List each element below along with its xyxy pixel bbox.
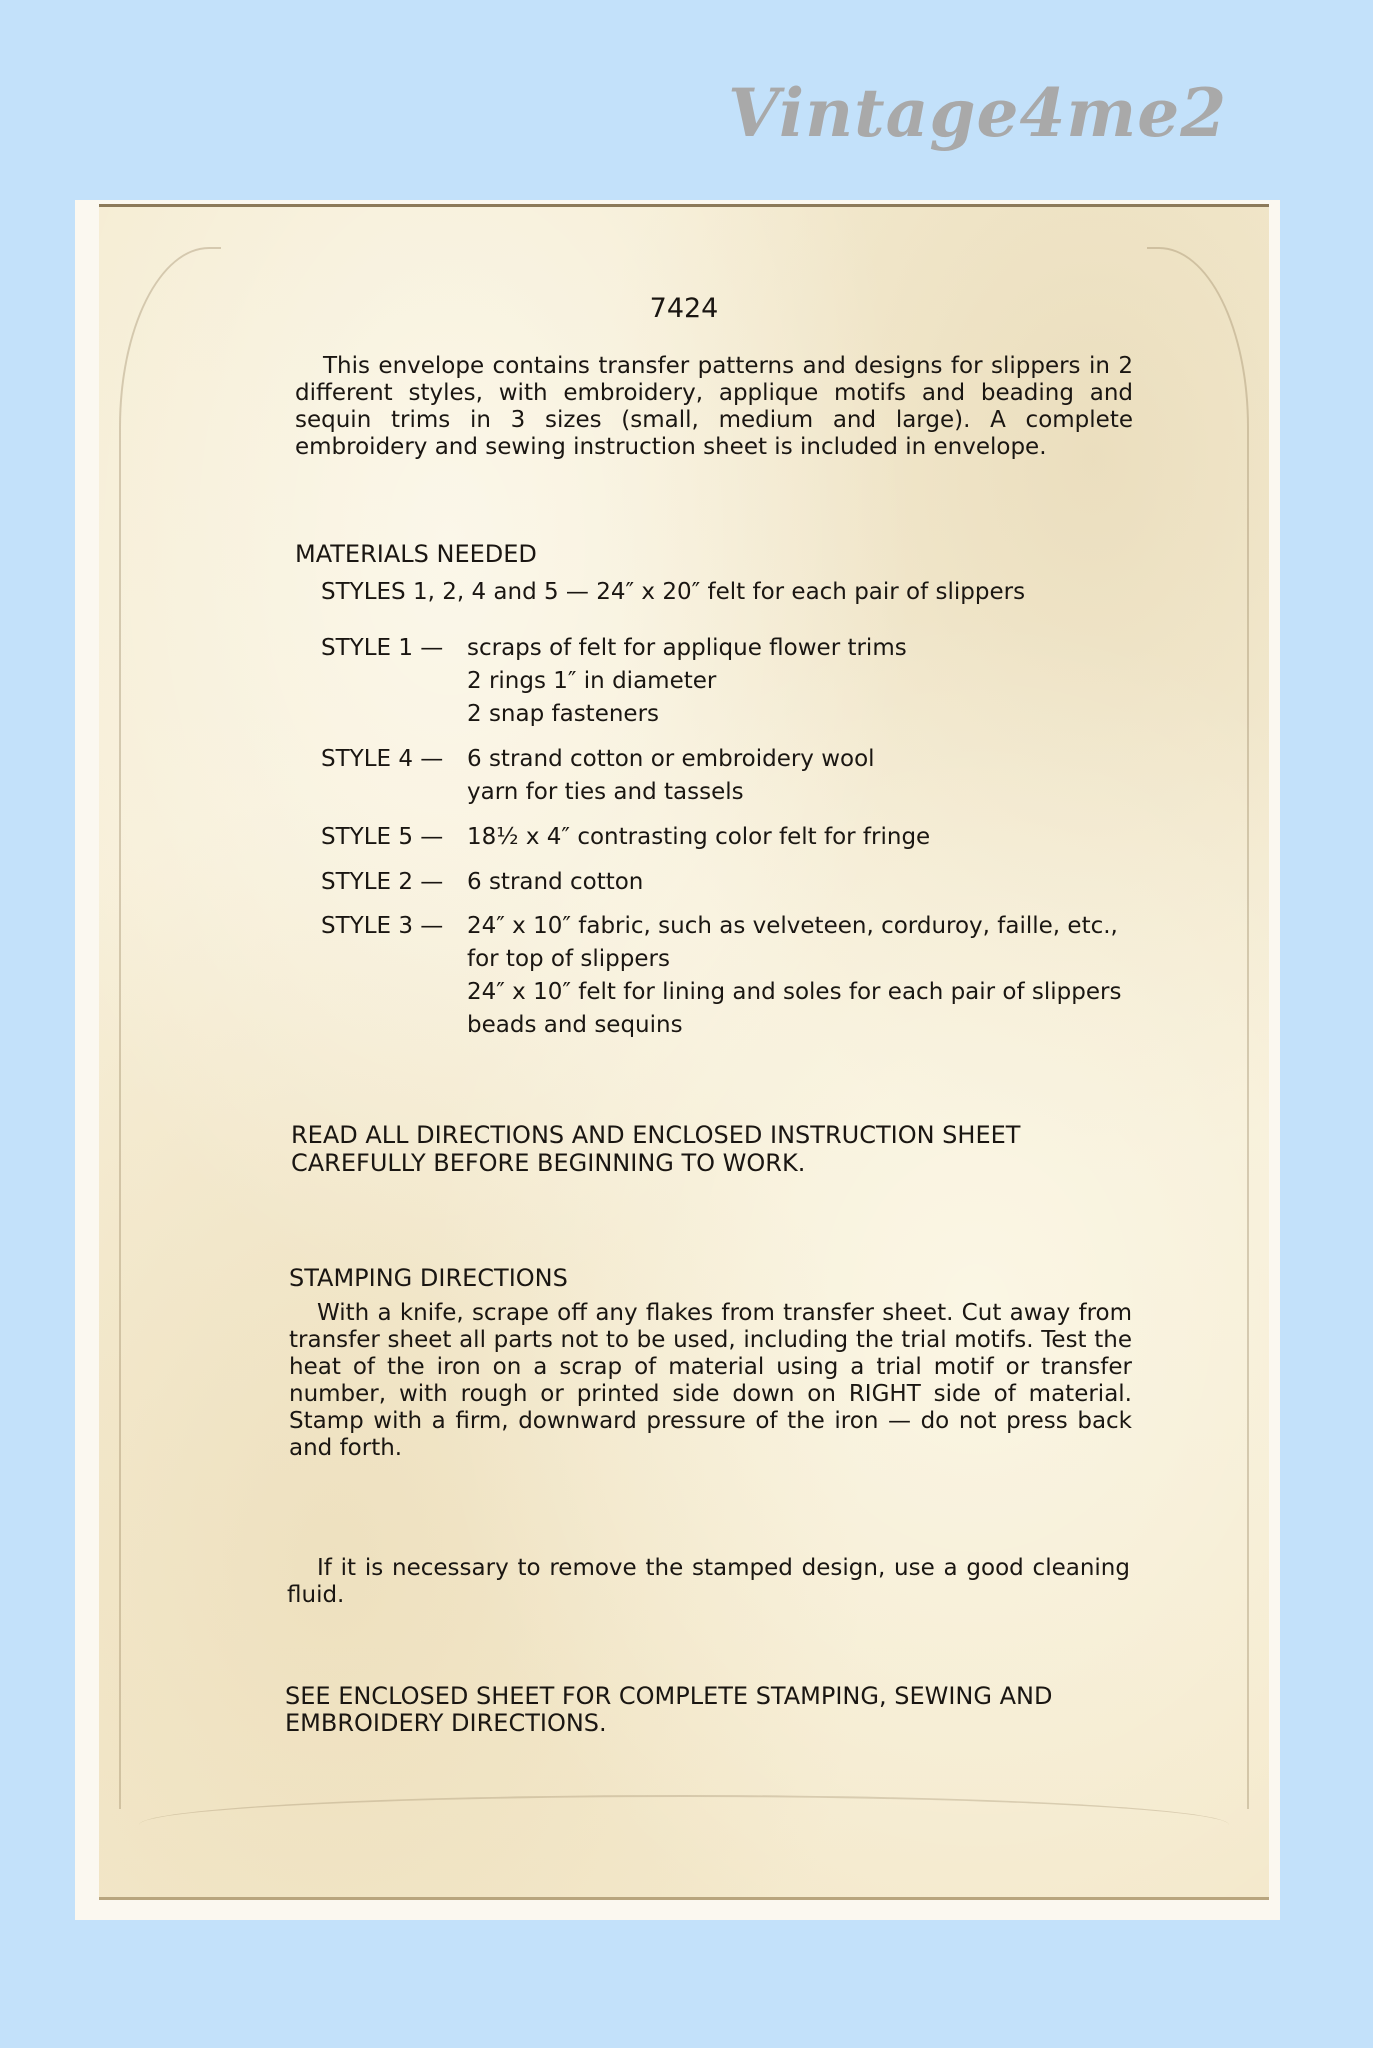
material-style-label: STYLE 5 — xyxy=(321,824,443,850)
material-style-label: STYLE 4 — xyxy=(321,746,443,772)
material-item: STYLE 2 — xyxy=(321,869,443,895)
remove-design-paragraph: If it is necessary to remove the stamped… xyxy=(287,1555,1130,1609)
bottom-flap-fold xyxy=(139,1795,1229,1857)
material-item: STYLE 4 — xyxy=(321,746,443,772)
material-line: 6 strand cotton or embroidery wool xyxy=(467,746,875,772)
material-line: beads and sequins xyxy=(467,1012,683,1038)
material-item: STYLE 3 — xyxy=(321,913,443,939)
read-all-notice: READ ALL DIRECTIONS AND ENCLOSED INSTRUC… xyxy=(291,1121,1131,1177)
material-line: scraps of felt for applique flower trims xyxy=(467,635,907,661)
material-line: yarn for ties and tassels xyxy=(467,779,744,805)
material-item: STYLE 5 — xyxy=(321,824,443,850)
material-style-label: STYLES 1, 2, 4 and 5 — xyxy=(321,579,596,605)
stamping-text: With a knife, scrape off any flakes from… xyxy=(289,1300,1132,1461)
material-item: STYLE 1 — xyxy=(321,635,443,661)
material-line: 24″ x 10″ fabric, such as velveteen, cor… xyxy=(467,913,1118,939)
material-line: 24″ x 20″ felt for each pair of slippers xyxy=(596,579,1025,605)
see-enclosed-notice: SEE ENCLOSED SHEET FOR COMPLETE STAMPING… xyxy=(285,1683,1131,1737)
materials-heading: MATERIALS NEEDED xyxy=(295,541,537,568)
material-style-label: STYLE 1 — xyxy=(321,635,443,661)
intro-text: This envelope contains transfer patterns… xyxy=(295,353,1133,460)
material-line: 24″ x 10″ felt for lining and soles for … xyxy=(467,979,1121,1005)
material-line: 2 rings 1″ in diameter xyxy=(467,668,716,694)
right-flap-fold xyxy=(1147,247,1249,1809)
material-line: 18½ x 4″ contrasting color felt for frin… xyxy=(467,824,930,850)
stamping-paragraph: With a knife, scrape off any flakes from… xyxy=(289,1300,1132,1462)
watermark-logo: Vintage4me2 xyxy=(728,74,1227,152)
remove-text: If it is necessary to remove the stamped… xyxy=(287,1555,1130,1608)
material-item: STYLES 1, 2, 4 and 5 — 24″ x 20″ felt fo… xyxy=(321,579,1025,605)
material-line: 6 strand cotton xyxy=(467,869,643,895)
pattern-number: 7424 xyxy=(99,295,1269,322)
left-flap-fold xyxy=(119,247,221,1809)
material-line: for top of slippers xyxy=(467,946,670,972)
material-style-label: STYLE 2 — xyxy=(321,869,443,895)
material-line: 2 snap fasteners xyxy=(467,701,659,727)
stamping-heading: STAMPING DIRECTIONS xyxy=(289,1265,568,1292)
intro-paragraph: This envelope contains transfer patterns… xyxy=(295,353,1133,461)
material-style-label: STYLE 3 — xyxy=(321,913,443,939)
envelope-photo: 7424 This envelope contains transfer pat… xyxy=(75,200,1280,1920)
pattern-envelope-back: 7424 This envelope contains transfer pat… xyxy=(99,204,1269,1900)
